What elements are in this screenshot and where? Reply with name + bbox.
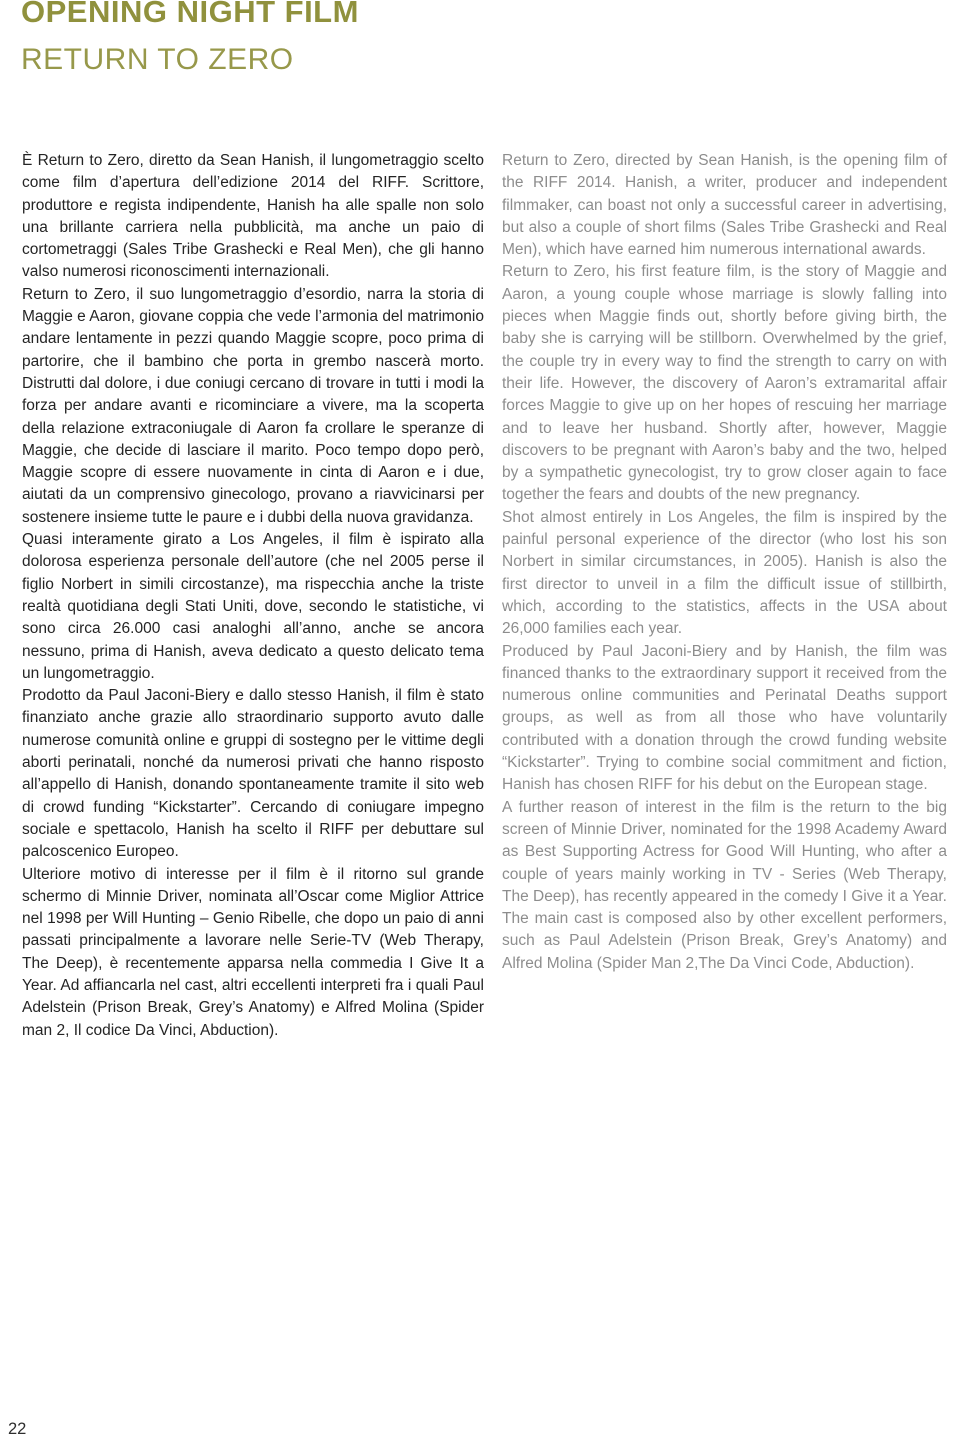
page: OPENING NIGHT FILM RETURN TO ZERO È Retu… xyxy=(0,0,960,1439)
column-english: Return to Zero, directed by Sean Hanish,… xyxy=(502,150,947,975)
paragraph-it-3: Quasi interamente girato a Los Angeles, … xyxy=(22,529,484,685)
page-number: 22 xyxy=(8,1421,26,1438)
paragraph-en-3: Shot almost entirely in Los Angeles, the… xyxy=(502,507,947,641)
paragraph-en-1: Return to Zero, directed by Sean Hanish,… xyxy=(502,150,947,261)
column-italian: È Return to Zero, diretto da Sean Hanish… xyxy=(22,150,484,1042)
page-title: OPENING NIGHT FILM xyxy=(21,0,359,31)
paragraph-it-5: Ulteriore motivo di interesse per il fil… xyxy=(22,864,484,1042)
paragraph-en-2: Return to Zero, his first feature film, … xyxy=(502,261,947,506)
paragraph-it-1: È Return to Zero, diretto da Sean Hanish… xyxy=(22,150,484,284)
paragraph-it-4: Prodotto da Paul Jaconi-Biery e dallo st… xyxy=(22,685,484,863)
page-subtitle: RETURN TO ZERO xyxy=(21,41,294,79)
paragraph-it-2: Return to Zero, il suo lungometraggio d’… xyxy=(22,284,484,529)
paragraph-en-5: A further reason of interest in the film… xyxy=(502,797,947,975)
paragraph-en-4: Produced by Paul Jaconi-Biery and by Han… xyxy=(502,641,947,797)
